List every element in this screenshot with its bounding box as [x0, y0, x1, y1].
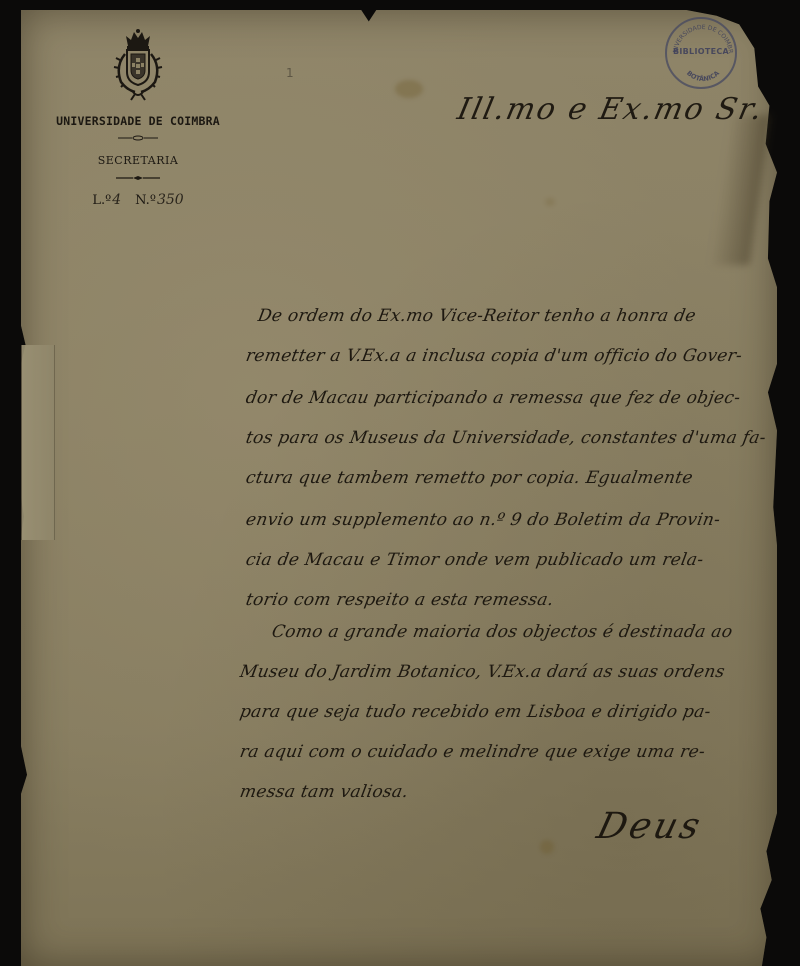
divider-ornament [116, 175, 160, 181]
livro-label: L.º [92, 193, 111, 208]
stamp-center-text: BIBLIOTECA [667, 47, 735, 56]
torn-left-fold [21, 345, 55, 540]
margin-pencil-note: 1 [286, 66, 294, 80]
closing-word: Deus [593, 806, 707, 847]
numero-value: 350 [157, 192, 184, 208]
water-stain [540, 840, 554, 854]
body-line: remetter a V.Ex.a a inclusa copia d'um o… [244, 346, 780, 366]
body-line: ctura que tambem remetto por copia. Egua… [244, 468, 780, 488]
svg-text:BOTÂNICA: BOTÂNICA [685, 69, 721, 83]
divider-ornament [118, 135, 158, 141]
department-name: SECRETARIA [56, 154, 220, 167]
body-line: dor de Macau participando a remessa que … [244, 388, 780, 408]
body-line: ra aqui com o cuidado e melindre que exi… [238, 742, 782, 762]
body-line: torio com respeito a esta remessa. [244, 590, 780, 610]
reference-numbers: L.º4 N.º350 [56, 192, 220, 208]
body-line: messa tam valiosa. [238, 782, 782, 802]
institution-name: UNIVERSIDADE DE COIMBRA [56, 114, 220, 128]
body-line: tos para os Museus da Universidade, cons… [244, 428, 780, 448]
body-line: cia de Macau e Timor onde vem publicado … [244, 550, 780, 570]
body-line: De ordem do Ex.mo Vice-Reitor tenho a ho… [256, 306, 780, 326]
royal-coat-of-arms-icon [111, 28, 165, 104]
spot-stain [545, 198, 555, 206]
body-line: para que seja tudo recebido em Lisboa e … [238, 702, 782, 722]
numero-field: N.º350 [135, 192, 184, 208]
letterhead: UNIVERSIDADE DE COIMBRA SECRETARIA L.º4 … [56, 28, 220, 208]
numero-label: N.º [135, 193, 156, 208]
document-scan: UNIVERSIDADE DE COIMBRA SECRETARIA L.º4 … [0, 0, 800, 966]
body-line: Como a grande maioria dos objectos é des… [270, 622, 782, 642]
salutation: Ill.mo e Ex.mo Sr. [454, 92, 767, 127]
library-stamp: UNIVERSIDADE DE COIMBRA BOTÂNICA BIBLIOT… [665, 17, 737, 89]
livro-field: L.º4 [92, 192, 121, 208]
ink-stain [395, 80, 423, 98]
body-line: envio um supplemento ao n.º 9 do Boletim… [244, 510, 780, 530]
livro-value: 4 [112, 192, 121, 208]
body-line: Museu do Jardim Botanico, V.Ex.a dará as… [238, 662, 782, 682]
